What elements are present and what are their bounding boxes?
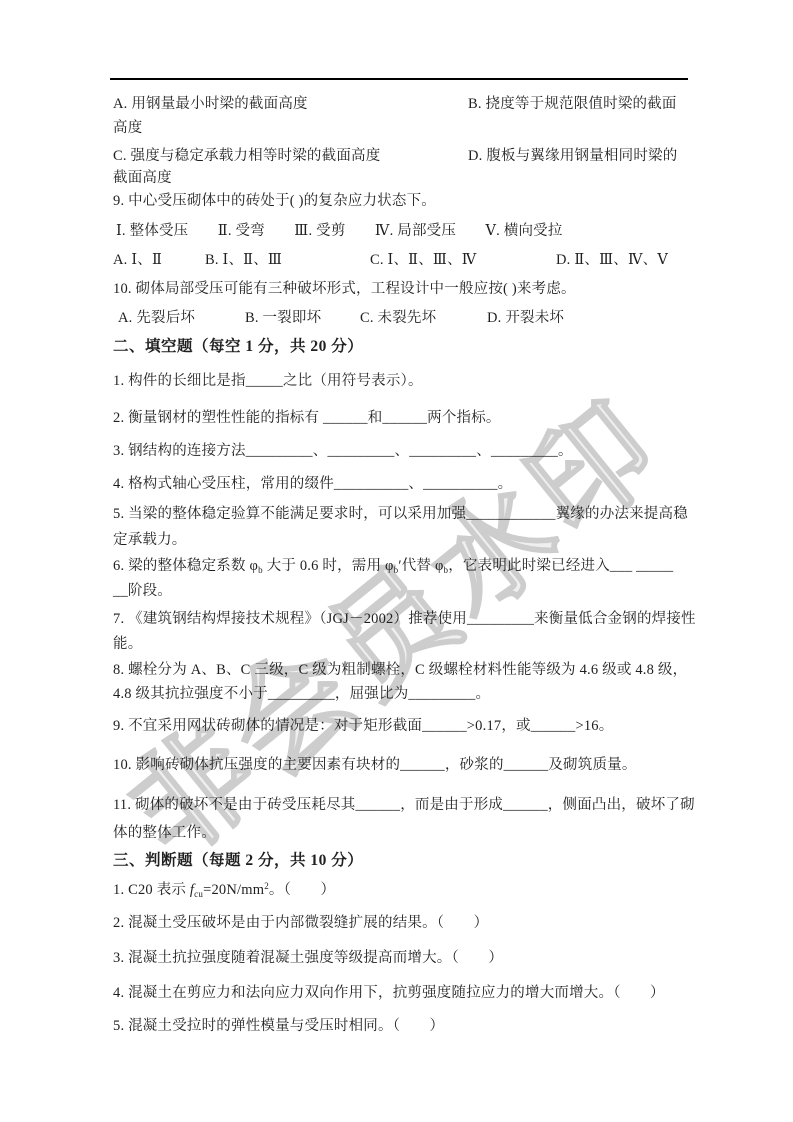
mc-q9-roman-list: Ⅰ. 整体受压 Ⅱ. 受弯 Ⅲ. 受剪 Ⅳ. 局部受压 Ⅴ. 横向受拉 (116, 221, 563, 241)
judge-q5: 5. 混凝土受拉时的弹性模量与受压时相同。（ ） (113, 1016, 444, 1036)
mc-q10-option-a: A. 先裂后坏 (118, 308, 195, 328)
judge-q2: 2. 混凝土受压破坏是由于内部微裂缝扩展的结果。（ ） (113, 913, 488, 933)
mc-option-b: B. 挠度等于规范限值时梁的截面 (468, 94, 677, 114)
divider-line (110, 78, 688, 80)
mc-option-c: C. 强度与稳定承载力相等时梁的截面高度 (113, 146, 380, 166)
mc-q9-option-d: D. Ⅱ、Ⅲ、Ⅳ、Ⅴ (556, 250, 668, 270)
mc-q10-option-c: C. 未裂先坏 (360, 308, 436, 328)
mc-q10-option-b: B. 一裂即坏 (245, 308, 321, 328)
mc-option-d-wrap: 截面高度 (113, 168, 172, 188)
mc-option-d: D. 腹板与翼缘用钢量相同时梁的 (468, 146, 677, 166)
fill-q6-line2: __阶段。 (113, 581, 172, 601)
fill-q11-line2: 体的整体工作。 (113, 823, 216, 843)
mc-q9-stem: 9. 中心受压砌体中的砖处于( )的复杂应力状态下。 (113, 191, 436, 211)
fill-q10: 10. 影响砖砌体抗压强度的主要因素有块材的______，砂浆的______及砌… (113, 755, 637, 775)
mc-q9-option-c: C. Ⅰ、Ⅱ、Ⅲ、Ⅳ (370, 250, 476, 270)
judge-q4: 4. 混凝土在剪应力和法向应力双向作用下，抗剪强度随拉应力的增大而增大。（ ） (113, 983, 665, 1003)
fill-q5-line1: 5. 当梁的整体稳定验算不能满足要求时，可以采用加强____________翼缘… (113, 504, 688, 524)
judge-section-heading: 三、判断题（每题 2 分，共 10 分） (113, 851, 363, 871)
judge-q1: 1. C20 表示 fcu=20N/mm2。（ ） (113, 880, 335, 900)
mc-option-b-wrap: 高度 (113, 118, 142, 138)
fill-q1: 1. 构件的长细比是指_____之比（用符号表示）。 (113, 371, 423, 391)
mc-q9-option-b: B. Ⅰ、Ⅱ、Ⅲ (205, 250, 282, 270)
fill-q8-line2: 4.8 级其抗拉强度不小于_________，屈强比为_________。 (113, 684, 490, 704)
fill-q3: 3. 钢结构的连接方法_________、_________、_________… (113, 441, 573, 461)
fill-q9: 9. 不宜采用网状砖砌体的情况是：对于矩形截面______>0.17，或____… (113, 716, 613, 736)
fill-q5-line2: 定承载力。 (113, 530, 187, 550)
fill-q4: 4. 格构式轴心受压柱，常用的缀件__________、__________。 (113, 474, 512, 494)
fill-q6-line1: 6. 梁的整体稳定系数 φb 大于 0.6 时，需用 φb′代替 φb，它表明此… (113, 556, 673, 576)
mc-q10-option-d: D. 开裂未坏 (487, 308, 564, 328)
fill-q7-line1: 7. 《建筑钢结构焊接技术规程》（JGJ－2002）推荐使用_________来… (113, 609, 696, 629)
fill-q7-line2: 能。 (113, 634, 142, 654)
judge-q3: 3. 混凝土抗拉强度随着混凝土强度等级提高而增大。（ ） (113, 948, 503, 968)
fill-q11-line1: 11. 砌体的破坏不是由于砖受压耗尽其______，而是由于形成______，侧… (113, 795, 695, 815)
mc-option-a: A. 用钢量最小时梁的截面高度 (113, 94, 308, 114)
fill-q2: 2. 衡量钢材的塑性性能的指标有 ______和______两个指标。 (113, 408, 501, 428)
fill-section-heading: 二、填空题（每空 1 分，共 20 分） (113, 337, 363, 357)
fill-q8-line1: 8. 螺栓分为 A、B、C 三级，C 级为粗制螺栓，C 级螺栓材料性能等级为 4… (113, 660, 687, 680)
mc-q10-stem: 10. 砌体局部受压可能有三种破坏形式，工程设计中一般应按( )来考虑。 (113, 279, 576, 299)
exam-paper-page: 非会员水印 A. 用钢量最小时梁的截面高度 B. 挠度等于规范限值时梁的截面 高… (0, 0, 793, 1122)
mc-q9-option-a: A. Ⅰ、Ⅱ (113, 250, 162, 270)
